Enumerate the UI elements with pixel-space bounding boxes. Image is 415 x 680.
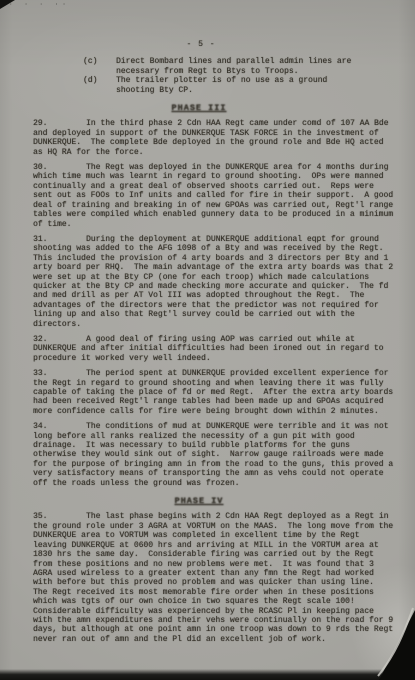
paragraph-text: During the deployment at DUNKERQUE addit…: [33, 235, 398, 329]
list-item: (d) The trailer plotter is of no use as …: [83, 76, 397, 95]
paragraph-number: 35.: [33, 512, 86, 521]
paragraph: 33.The period spent at DUNKERQUE provide…: [33, 369, 397, 416]
section-heading-phase-4: PHASE IV: [17, 497, 381, 506]
paragraph-text: The period spent at DUNKERQUE provided e…: [33, 369, 398, 416]
paragraph-number: 31.: [33, 235, 86, 244]
paragraph: 29.In the third phase 2 Cdn HAA Regt cam…: [33, 119, 397, 157]
paragraph-number: 33.: [33, 369, 86, 378]
sub-item-list: (c) Direct Bombard lines and parallel ad…: [83, 57, 397, 95]
paragraph: 34.The conditions of mud at DUNKERQUE we…: [33, 422, 397, 488]
paragraph-text: The conditions of mud at DUNKERQUE were …: [33, 422, 398, 487]
item-label: (d): [83, 76, 116, 95]
pencil-marks: · · · ··: [9, 1, 70, 8]
section-heading-phase-3: PHASE III: [17, 104, 381, 113]
scanned-page: · · · ·· - 5 - (c) Direct Bombard lines …: [0, 0, 415, 680]
paragraph: 32.A good deal of firing using AOP was c…: [33, 335, 397, 363]
item-label: (c): [83, 57, 116, 76]
paragraph: 31.During the deployment at DUNKERQUE ad…: [33, 235, 397, 329]
paragraph-text: The last phase begins with 2 Cdn HAA Reg…: [33, 512, 398, 643]
paragraph: 30.The Regt was deployed in the DUNKERQU…: [33, 163, 397, 229]
item-text: The trailer plotter is of no use as a gr…: [116, 76, 354, 95]
paragraph-text: A good deal of firing using AOP was carr…: [33, 335, 388, 363]
paragraph-text: In the third phase 2 Cdn HAA Regt came u…: [33, 119, 393, 156]
page-number: - 5 -: [19, 40, 383, 49]
paragraph-number: 34.: [33, 422, 86, 431]
paragraph-number: 29.: [33, 119, 86, 128]
list-item: (c) Direct Bombard lines and parallel ad…: [83, 57, 397, 76]
paragraph-number: 32.: [33, 335, 86, 344]
page-edge-highlight: [373, 606, 415, 678]
typed-text-block: - 5 - (c) Direct Bombard lines and paral…: [33, 40, 397, 650]
bottom-scan-shadow: [0, 669, 415, 680]
item-text: Direct Bombard lines and parallel admin …: [116, 57, 354, 76]
paragraph: 35.The last phase begins with 2 Cdn HAA …: [33, 512, 397, 644]
paragraph-text: The Regt was deployed in the DUNKERQUE a…: [33, 163, 398, 228]
